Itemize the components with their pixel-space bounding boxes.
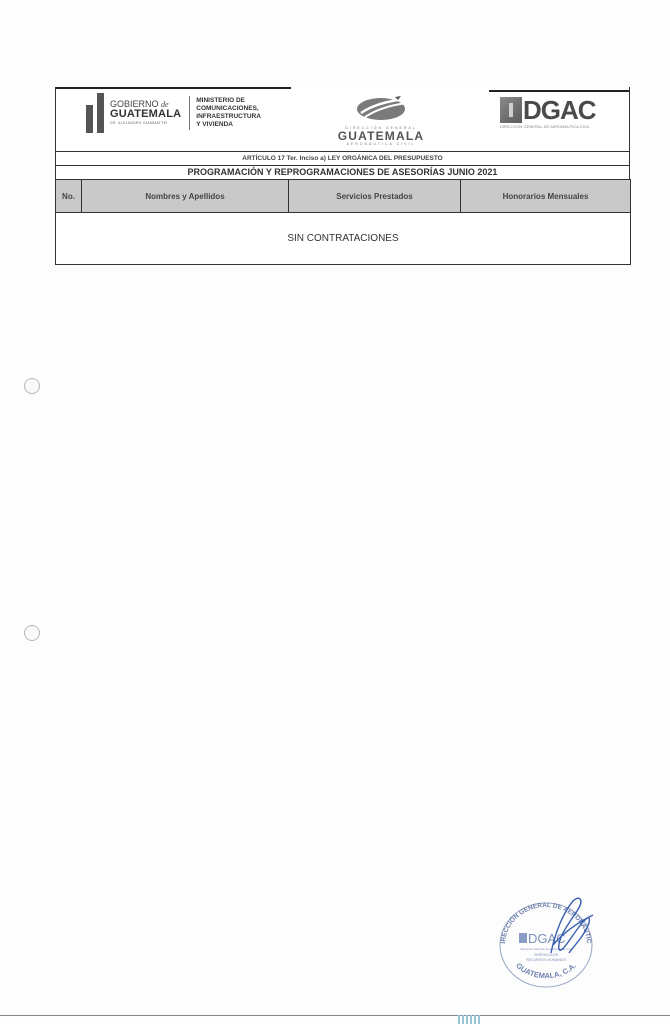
guatemala-aviation-logo: DIRECCIÓN GENERAL GUATEMALA AERONÁUTICA …: [321, 95, 441, 146]
dgac-word: DGAC: [523, 97, 596, 123]
ministry-line: INFRAESTRUCTURA: [196, 113, 261, 121]
ministry-name: MINISTERIO DE COMUNICACIONES, INFRAESTRU…: [196, 97, 261, 130]
dgac-emblem-icon: [500, 97, 522, 123]
article-reference: ARTÍCULO 17 Ter. Inciso a) LEY ORGÁNICA …: [55, 152, 630, 166]
letterhead: GOBIERNO de GUATEMALA DR. ALEJANDRO GIAM…: [55, 87, 630, 152]
column-header-names: Nombres y Apellidos: [82, 180, 289, 213]
dgac-subtitle: DIRECCIÓN GENERAL DE AERONÁUTICA CIVIL: [500, 124, 596, 129]
logo-divider: [189, 96, 190, 130]
scan-mark: [458, 1015, 480, 1024]
stamp-ring-bottom: GUATEMALA, C.A.: [514, 961, 578, 980]
stamp-line-2: GERENCIA DE: [534, 953, 559, 957]
stamp-line-3: RECURSOS HUMANOS: [526, 958, 566, 962]
ministry-line: Y VIVIENDA: [196, 121, 261, 129]
consultancy-table: No. Nombres y Apellidos Servicios Presta…: [55, 179, 631, 265]
svg-text:GUATEMALA, C.A.: GUATEMALA, C.A.: [514, 961, 578, 980]
table-row: SIN CONTRATACIONES: [56, 213, 631, 265]
header-rule: [56, 87, 291, 89]
swoosh-icon: [351, 95, 411, 121]
gobierno-guatemala-logo: GOBIERNO de GUATEMALA DR. ALEJANDRO GIAM…: [86, 92, 261, 134]
stamp-seal-icon: DIRECCIÓN GENERAL DE AERONÁUTICA GUATEMA…: [493, 893, 599, 989]
table-header-row: No. Nombres y Apellidos Servicios Presta…: [56, 180, 631, 213]
ministry-line: COMUNICACIONES,: [196, 105, 261, 113]
document-title: PROGRAMACIÓN Y REPROGRAMACIONES DE ASESO…: [55, 166, 630, 179]
official-stamp: DIRECCIÓN GENERAL DE AERONÁUTICA GUATEMA…: [493, 893, 599, 989]
document-sheet: GOBIERNO de GUATEMALA DR. ALEJANDRO GIAM…: [55, 87, 630, 265]
logo-word: GUATEMALA: [321, 130, 441, 142]
empty-message: SIN CONTRATACIONES: [56, 213, 631, 265]
punch-hole: [24, 625, 40, 641]
column-header-no: No.: [56, 180, 82, 213]
ministry-line: MINISTERIO DE: [196, 97, 261, 105]
president-label: DR. ALEJANDRO GIAMMATTEI: [110, 122, 181, 126]
page-edge-line: [0, 1015, 670, 1016]
header-rule: [489, 90, 629, 92]
column-header-services: Servicios Prestados: [289, 180, 461, 213]
gobierno-bars-icon: [86, 93, 104, 133]
column-header-fees: Honorarios Mensuales: [461, 180, 631, 213]
punch-hole: [24, 378, 40, 394]
guatemala-label: GUATEMALA: [110, 109, 181, 120]
dgac-logo: DGAC DIRECCIÓN GENERAL DE AERONÁUTICA CI…: [500, 97, 596, 129]
